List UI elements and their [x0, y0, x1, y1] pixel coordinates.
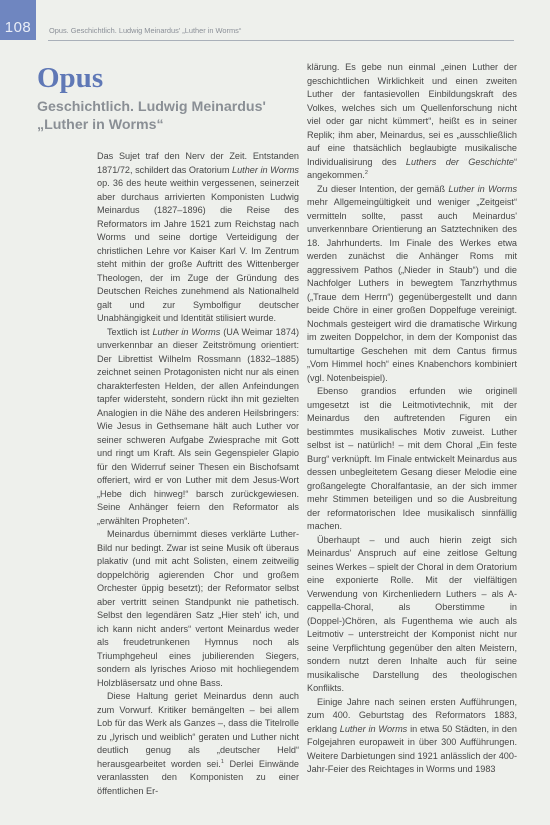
article-title: Opus: [37, 62, 103, 95]
article-subtitle: Geschichtlich. Ludwig Meinardus' „Luther…: [37, 98, 307, 134]
text: op. 36 des heute weithin vergessenen, se…: [97, 178, 299, 323]
paragraph: Meinardus übernimmt dieses verklärte Lut…: [97, 528, 299, 690]
paragraph: Textlich ist Luther in Worms (UA Weimar …: [97, 326, 299, 529]
work-title: Luther in Worms: [232, 165, 299, 175]
paragraph: Zu dieser Intention, der gemäß Luther in…: [307, 183, 517, 386]
paragraph: Einige Jahre nach seinen ersten Aufführu…: [307, 696, 517, 777]
paragraph: Ebenso grandios erfunden wie originell u…: [307, 385, 517, 534]
subtitle-line-1: Geschichtlich. Ludwig Meinardus': [37, 99, 266, 115]
paragraph: Diese Haltung geriet Meinardus denn auch…: [97, 690, 299, 798]
text: Zu dieser Intention, der gemäß: [317, 184, 448, 194]
text: (UA Weimar 1874) unverkennbar an dieser …: [97, 327, 299, 526]
footnote-ref: 2: [365, 170, 368, 176]
header-rule: [48, 40, 514, 41]
subtitle-line-2: „Luther in Worms“: [37, 117, 164, 133]
page-number: 108: [0, 0, 36, 40]
right-column: klärung. Es gebe nun einmal „einen Luthe…: [307, 61, 517, 777]
paragraph: Überhaupt – und auch hierin zeigt sich M…: [307, 534, 517, 696]
running-head: Opus. Geschichtlich. Ludwig Meinardus' „…: [49, 26, 241, 35]
work-title: Luther in Worms: [152, 327, 220, 337]
quote-title: Luthers der Geschichte: [406, 157, 514, 167]
text: mehr Allgemeingültigkeit und weniger „Ze…: [307, 197, 517, 383]
text: Textlich ist: [107, 327, 152, 337]
paragraph: Das Sujet traf den Nerv der Zeit. Entsta…: [97, 150, 299, 326]
page-header: 108 Opus. Geschichtlich. Ludwig Meinardu…: [0, 0, 550, 42]
left-column: Das Sujet traf den Nerv der Zeit. Entsta…: [97, 150, 299, 798]
work-title: Luther in Worms: [448, 184, 517, 194]
text: Diese Haltung geriet Meinardus denn auch…: [97, 691, 299, 769]
work-title: Luther in Worms: [340, 724, 408, 734]
text: klärung. Es gebe nun einmal „einen Luthe…: [307, 62, 517, 167]
paragraph: klärung. Es gebe nun einmal „einen Luthe…: [307, 61, 517, 183]
